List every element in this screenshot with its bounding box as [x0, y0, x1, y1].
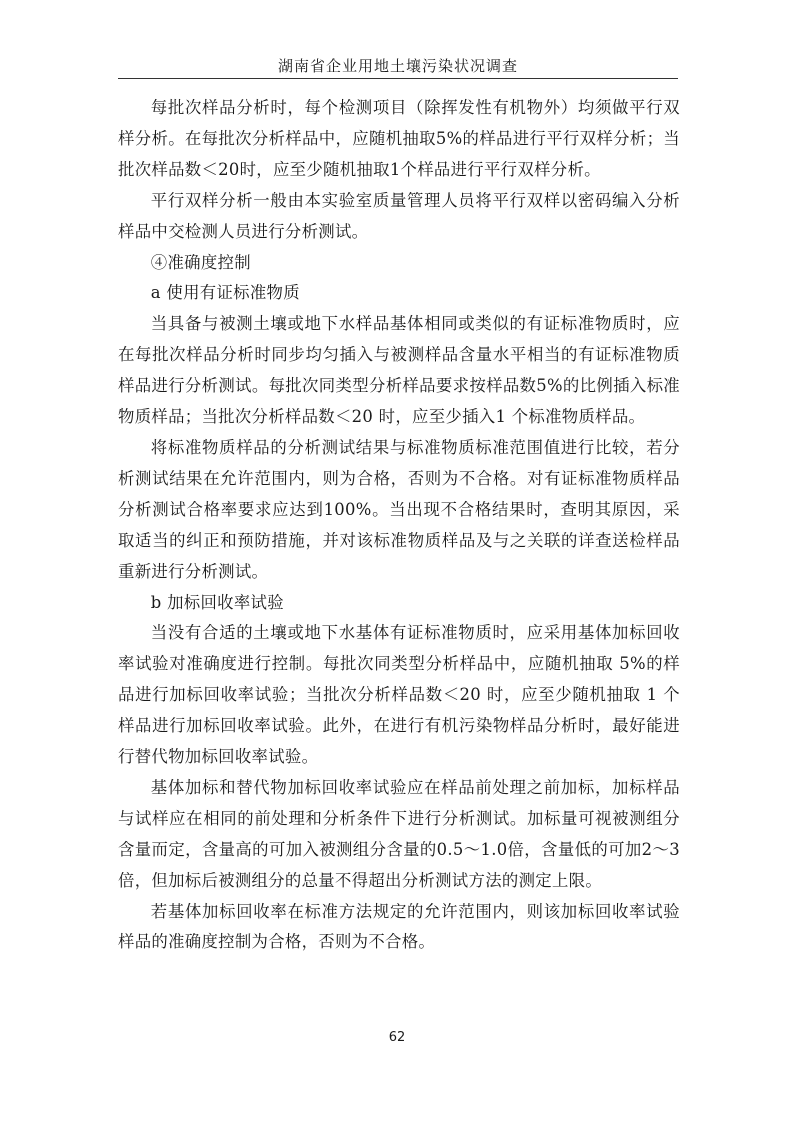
paragraph-parallel-analysis-method: 平行双样分析一般由本实验室质量管理人员将平行双样以密码编入分析样品中交检测人员进… [118, 186, 680, 248]
paragraph-certified-reference-insertion: 当具备与被测土壤或地下水样品基体相同或类似的有证标准物质时，应在每批次样品分析时… [118, 309, 680, 433]
paragraph-parallel-sample: 每批次样品分析时，每个检测项目（除挥发性有机物外）均须做平行双样分析。在每批次分… [118, 93, 680, 186]
subsection-heading-certified-reference: a 使用有证标准物质 [118, 278, 680, 309]
paragraph-spike-recovery-procedure: 当没有合适的土壤或地下水基体有证标准物质时，应采用基体加标回收率试验对准确度进行… [118, 618, 680, 773]
section-heading-accuracy-control: ④准确度控制 [118, 248, 680, 279]
page-number: 62 [0, 1030, 794, 1045]
running-header: 湖南省企业用地土壤污染状况调查 [118, 56, 678, 76]
paragraph-certified-reference-evaluation: 将标准物质样品的分析测试结果与标准物质标准范围值进行比较，若分析测试结果在允许范… [118, 433, 680, 588]
subsection-heading-spike-recovery: b 加标回收率试验 [118, 588, 680, 619]
paragraph-spike-evaluation: 若基体加标回收率在标准方法规定的允许范围内，则该加标回收率试验样品的准确度控制为… [118, 897, 680, 959]
paragraph-spike-amount: 基体加标和替代物加标回收率试验应在样品前处理之前加标，加标样品与试样应在相同的前… [118, 773, 680, 897]
header-divider [118, 78, 678, 79]
document-body: 每批次样品分析时，每个检测项目（除挥发性有机物外）均须做平行双样分析。在每批次分… [118, 93, 680, 958]
